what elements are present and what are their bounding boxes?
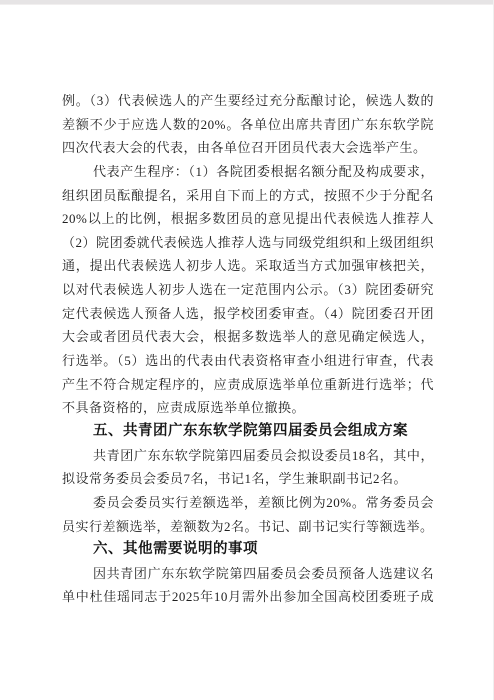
text-line: 20%以上的比例，根据多数团员的意见提出代表候选人推荐人选；: [62, 207, 434, 231]
text-line: 代表产生程序：（1）各院团委根据名额分配及构成要求，: [62, 160, 434, 184]
text-line: 大会或者团员代表大会，根据多数选举人的意见确定候选人，进: [62, 325, 434, 349]
text-line: 通，提出代表候选人初步人选。采取适当方式加强审核把关，可: [62, 254, 434, 278]
text-line: 差额不少于应选人数的20%。各单位出席共青团广东东软学院第: [62, 113, 434, 137]
text-line: 以对代表候选人初步人选在一定范围内公示。（3）院团委研究确: [62, 278, 434, 302]
text-line: 共青团广东东软学院第四届委员会拟设委员18名，其中，: [62, 444, 434, 468]
text-line: 例。（3）代表候选人的产生要经过充分酝酿讨论，候选人数的: [62, 89, 434, 113]
text-line: 委员会委员实行差额选举，差额比例为20%。常务委员会委: [62, 491, 434, 515]
window-top-edge: [0, 0, 494, 5]
section-heading: 六、其他需要说明的事项: [62, 538, 434, 562]
text-line: （2）院团委就代表候选人推荐人选与同级党组织和上级团组织沟: [62, 231, 434, 255]
text-line: 产生不符合规定程序的，应责成原选举单位重新进行选举；代表: [62, 373, 434, 397]
text-line: 行选举。（5）选出的代表由代表资格审查小组进行审查，代表的: [62, 349, 434, 373]
text-line: 单中杜佳瑶同志于2025年10月需外出参加全国高校团委班子成: [62, 585, 434, 609]
text-line: 拟设常务委员会委员7名，书记1名，学生兼职副书记2名。: [62, 467, 434, 491]
text-line: 组织团员酝酿提名，采用自下而上的方式，按照不少于分配名额: [62, 184, 434, 208]
text-line: 不具备资格的，应责成原选举单位撤换。: [62, 396, 434, 420]
text-line: 定代表候选人预备人选，报学校团委审查。（4）院团委召开团员: [62, 302, 434, 326]
text-line: 四次代表大会的代表，由各单位召开团员代表大会选举产生。: [62, 136, 434, 160]
section-heading: 五、共青团广东东软学院第四届委员会组成方案: [62, 420, 434, 444]
text-line: 员实行差额选举，差额数为2名。书记、副书记实行等额选举。: [62, 515, 434, 539]
document-body: 例。（3）代表候选人的产生要经过充分酝酿讨论，候选人数的 差额不少于应选人数的2…: [62, 89, 434, 609]
text-line: 因共青团广东东软学院第四届委员会委员预备人选建议名: [62, 562, 434, 586]
